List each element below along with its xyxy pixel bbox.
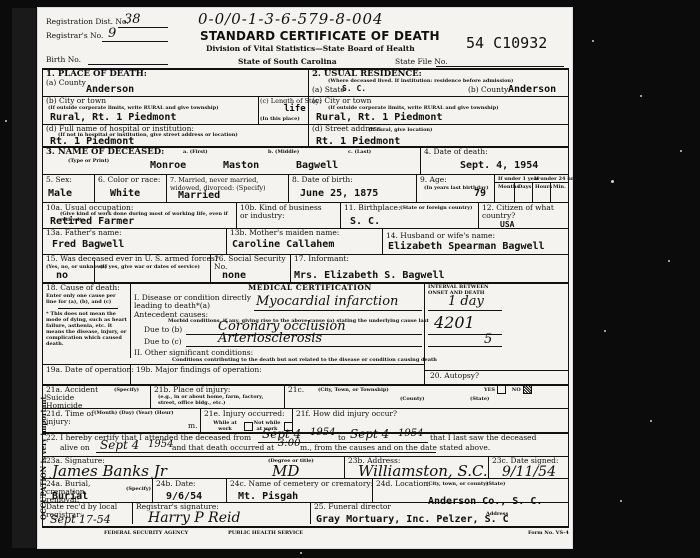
res-city-note: (If outside corporate limits, write RURA… [328,105,499,111]
accident-label: 21a. Accident Suicide Homicide [46,386,106,410]
attended-year1: 1954 [310,427,335,438]
father-value: Fred Bagwell [52,239,124,250]
form-number: Form No. VS-4 [528,530,569,536]
cert-last-saw: that I last saw the deceased [430,434,536,442]
citizen-label: 12. Citizen of what country? [482,204,566,220]
last-name-value: Bagwell [296,160,338,171]
marital-value: Married [178,190,220,201]
age-label: 9. Age: [420,176,447,184]
operation-findings-label: 19b. Major findings of operation: [136,366,262,374]
place-of-injury-note: (e.g., in or about home, farm, factory, … [158,394,278,406]
burial-state-note: (State) [486,481,505,487]
due-c-label: Due to (c) [144,338,182,346]
cause-of-death-label: 18. Cause of death: [46,284,120,292]
burial-date-value: 9/6/54 [166,491,202,502]
cause-note: Enter only one cause per line for (a), (… [46,293,128,305]
registrar-value: 9 [108,26,116,41]
ssn-label: 16. Social Security No. [214,255,286,271]
autopsy-yes-checkbox[interactable] [497,385,506,394]
due-c-value: Arteriosclerosis [218,331,322,346]
pod-county-value: Anderson [86,84,134,95]
autopsy-no-checkbox[interactable] [523,385,532,394]
place-of-death-label: 1. PLACE OF DEATH: [46,70,147,78]
certificate-number: 54 C10932 [466,34,547,52]
interval-code: 4201 [434,313,475,332]
state-name: State of South Carolina [238,58,337,66]
registration-dist-label: Registration Dist. No. [46,18,129,26]
birth-no-label: Birth No. [46,56,81,64]
middle-name-label: b. (Middle) [268,149,299,155]
death-certificate: Registration Dist. No. 38 Registrar's No… [38,8,572,548]
father-label: 13a. Father's name: [46,229,122,237]
middle-name-value: Maston [223,160,259,171]
scan-edge [12,8,36,548]
funeral-director-label: 25. Funeral director [314,503,391,511]
alive-on-year: 1954 [148,439,173,450]
footer-federal: FEDERAL SECURITY AGENCY [104,530,188,536]
last-name-label: c. (Last) [348,149,371,155]
how-injury-label: 21f. How did injury occur? [296,410,397,418]
burial-specify: (Specify) [126,486,151,492]
autopsy-yes-label: YES [484,387,495,393]
sex-value: Male [48,188,72,199]
res-state-label: (a) State [312,86,345,94]
interval-c-value: 5 [484,332,492,347]
accident-specify: (Specify) [114,387,139,393]
received-value: Sept 17-54 [50,513,111,526]
birthplace-note: (State or foreign country) [400,205,472,211]
injury-city-note: (City, Town, or Township) [318,387,389,393]
operation-date-label: 19a. Date of operation: [46,366,134,374]
alive-on-label: alive on [60,444,90,452]
birthplace-value: S. C. [350,216,380,227]
burial-date-label: 24b. Date: [156,480,196,488]
alive-on-value: Sept 4 [100,438,139,452]
death-time-value: 3:00 [278,438,300,449]
spouse-value: Elizabeth Spearman Bagwell [388,241,545,252]
cemetery-label: 24c. Name of cemetery or crematory: [230,480,373,488]
res-state-value: S. C. [342,84,366,93]
death-date-label: 4. Date of death: [424,148,488,156]
funeral-director-value: Gray Mortuary, Inc. Pelzer, S. C [316,514,509,525]
informant-value: Mrs. Elizabeth S. Bagwell [294,270,445,281]
birthplace-label: 11. Birthplace: [344,204,401,212]
attended-year2: 1954 [398,428,423,439]
registrar-signature-value: Harry P Reid [148,510,240,526]
pod-city-label: (b) City or town [46,97,106,105]
months-label: Months [498,184,519,190]
res-county-value: Anderson [508,84,556,95]
footer-public-health: PUBLIC HEALTH SERVICE [228,530,303,536]
registrar-label: Registrar's No. [46,32,103,40]
pod-county-label: (a) County [46,79,86,87]
usual-residence-label: 2. USUAL RESIDENCE: [312,70,422,78]
pod-city-value: Rural, Rt. 1 Piedmont [50,112,176,123]
certificate-subtitle: Division of Vital Statistics—State Board… [206,45,415,53]
occupation-value: Retired Farmer [50,216,134,227]
mother-value: Caroline Callahem [232,239,334,250]
medical-certification-title: MEDICAL CERTIFICATION [248,284,372,292]
res-street-note: (If rural, give location) [368,127,432,133]
other-conditions-label: II. Other significant conditions: [134,349,253,357]
cert-to: to [338,434,346,442]
place-of-injury-label: 21b. Place of injury: [154,386,230,394]
race-label: 6. Color or race: [98,176,160,184]
interval-a-value: 1 day [448,294,484,309]
due-b-label: Due to (b) [144,326,182,334]
margin-note: OCCUPATION is very important. [39,260,48,520]
burial-location-note: (City, town, or county) [426,481,488,487]
pod-length-note: (In this place) [260,116,300,122]
armed-forces-label: 15. Was deceased ever in U. S. armed for… [46,255,219,263]
informant-label: 17. Informant: [294,255,349,263]
cert-line2-end: m., from the causes and on the date stat… [300,444,490,452]
dob-label: 8. Date of birth: [292,176,353,184]
deceased-name-label: 3. NAME OF DECEASED: [46,148,164,156]
burial-location-label: 24d. Location: [376,480,431,488]
registration-dist-value: 38 [124,12,141,27]
death-date-value: Sept. 4, 1954 [460,160,538,171]
race-value: White [110,188,140,199]
armed-forces-value: no [56,270,68,281]
sex-label: 5. Sex: [46,176,72,184]
spouse-label: 14. Husband or wife's name: [386,232,495,240]
burial-type-value: Burial [52,491,88,502]
autopsy-no-label: NO [512,387,521,393]
dob-value: June 25, 1875 [300,188,378,199]
attended-to-value: Sept 4 [350,427,389,441]
autopsy-label: 20. Autopsy? [430,372,479,380]
disease-a-value: Myocardial infarction [256,294,398,309]
certificate-title: STANDARD CERTIFICATE OF DEATH [200,29,440,43]
injury-location-label: 21c. [288,386,304,394]
time-m-suffix: m. [188,422,198,430]
cemetery-value: Mt. Pisgah [238,491,298,502]
other-conditions-note: Conditions contributing to the death but… [172,357,437,363]
autopsy-options: YES NO [484,385,532,394]
res-city-label: (c) City or town [312,97,371,105]
disease-label: I. Disease or condition directly leading… [134,294,254,310]
ssn-value: none [222,270,246,281]
handwritten-file-number: 0-0/0-1-3-6-579-8-004 [198,10,384,28]
cause-footnote: * This does not mean the mode of dying, … [46,311,128,347]
injury-county-note: (County) [400,396,425,402]
deceased-name-note: (Type or Print) [68,158,109,164]
death-occurred-at: and that death occurred at [172,444,274,452]
first-name-label: a. (First) [183,149,208,155]
time-of-injury-cols: (Month) (Day) (Year) (Hour) [94,410,174,416]
injury-state-note: (State) [470,396,489,402]
res-county-label: (b) County [468,86,508,94]
mother-label: 13b. Mother's maiden name: [230,229,339,237]
armed-forces-note-2: (If yes, give war or dates of service) [100,264,200,270]
pod-length-value: life [284,104,306,114]
age-value: 79 [474,188,486,199]
business-label: 10b. Kind of business or industry: [240,204,330,220]
injury-occurred-label: 21e. Injury occurred: [204,410,285,418]
days-label: Days [518,184,531,190]
while-at-work-label: While at work [208,420,242,432]
state-file-label: State File No. [395,58,448,66]
first-name-value: Monroe [150,160,186,171]
min-label: Min. [553,184,566,190]
res-city-value: Rural, Rt. 1 Piedmont [316,112,442,123]
pod-city-note: (If outside corporate limits, write RURA… [48,105,219,111]
